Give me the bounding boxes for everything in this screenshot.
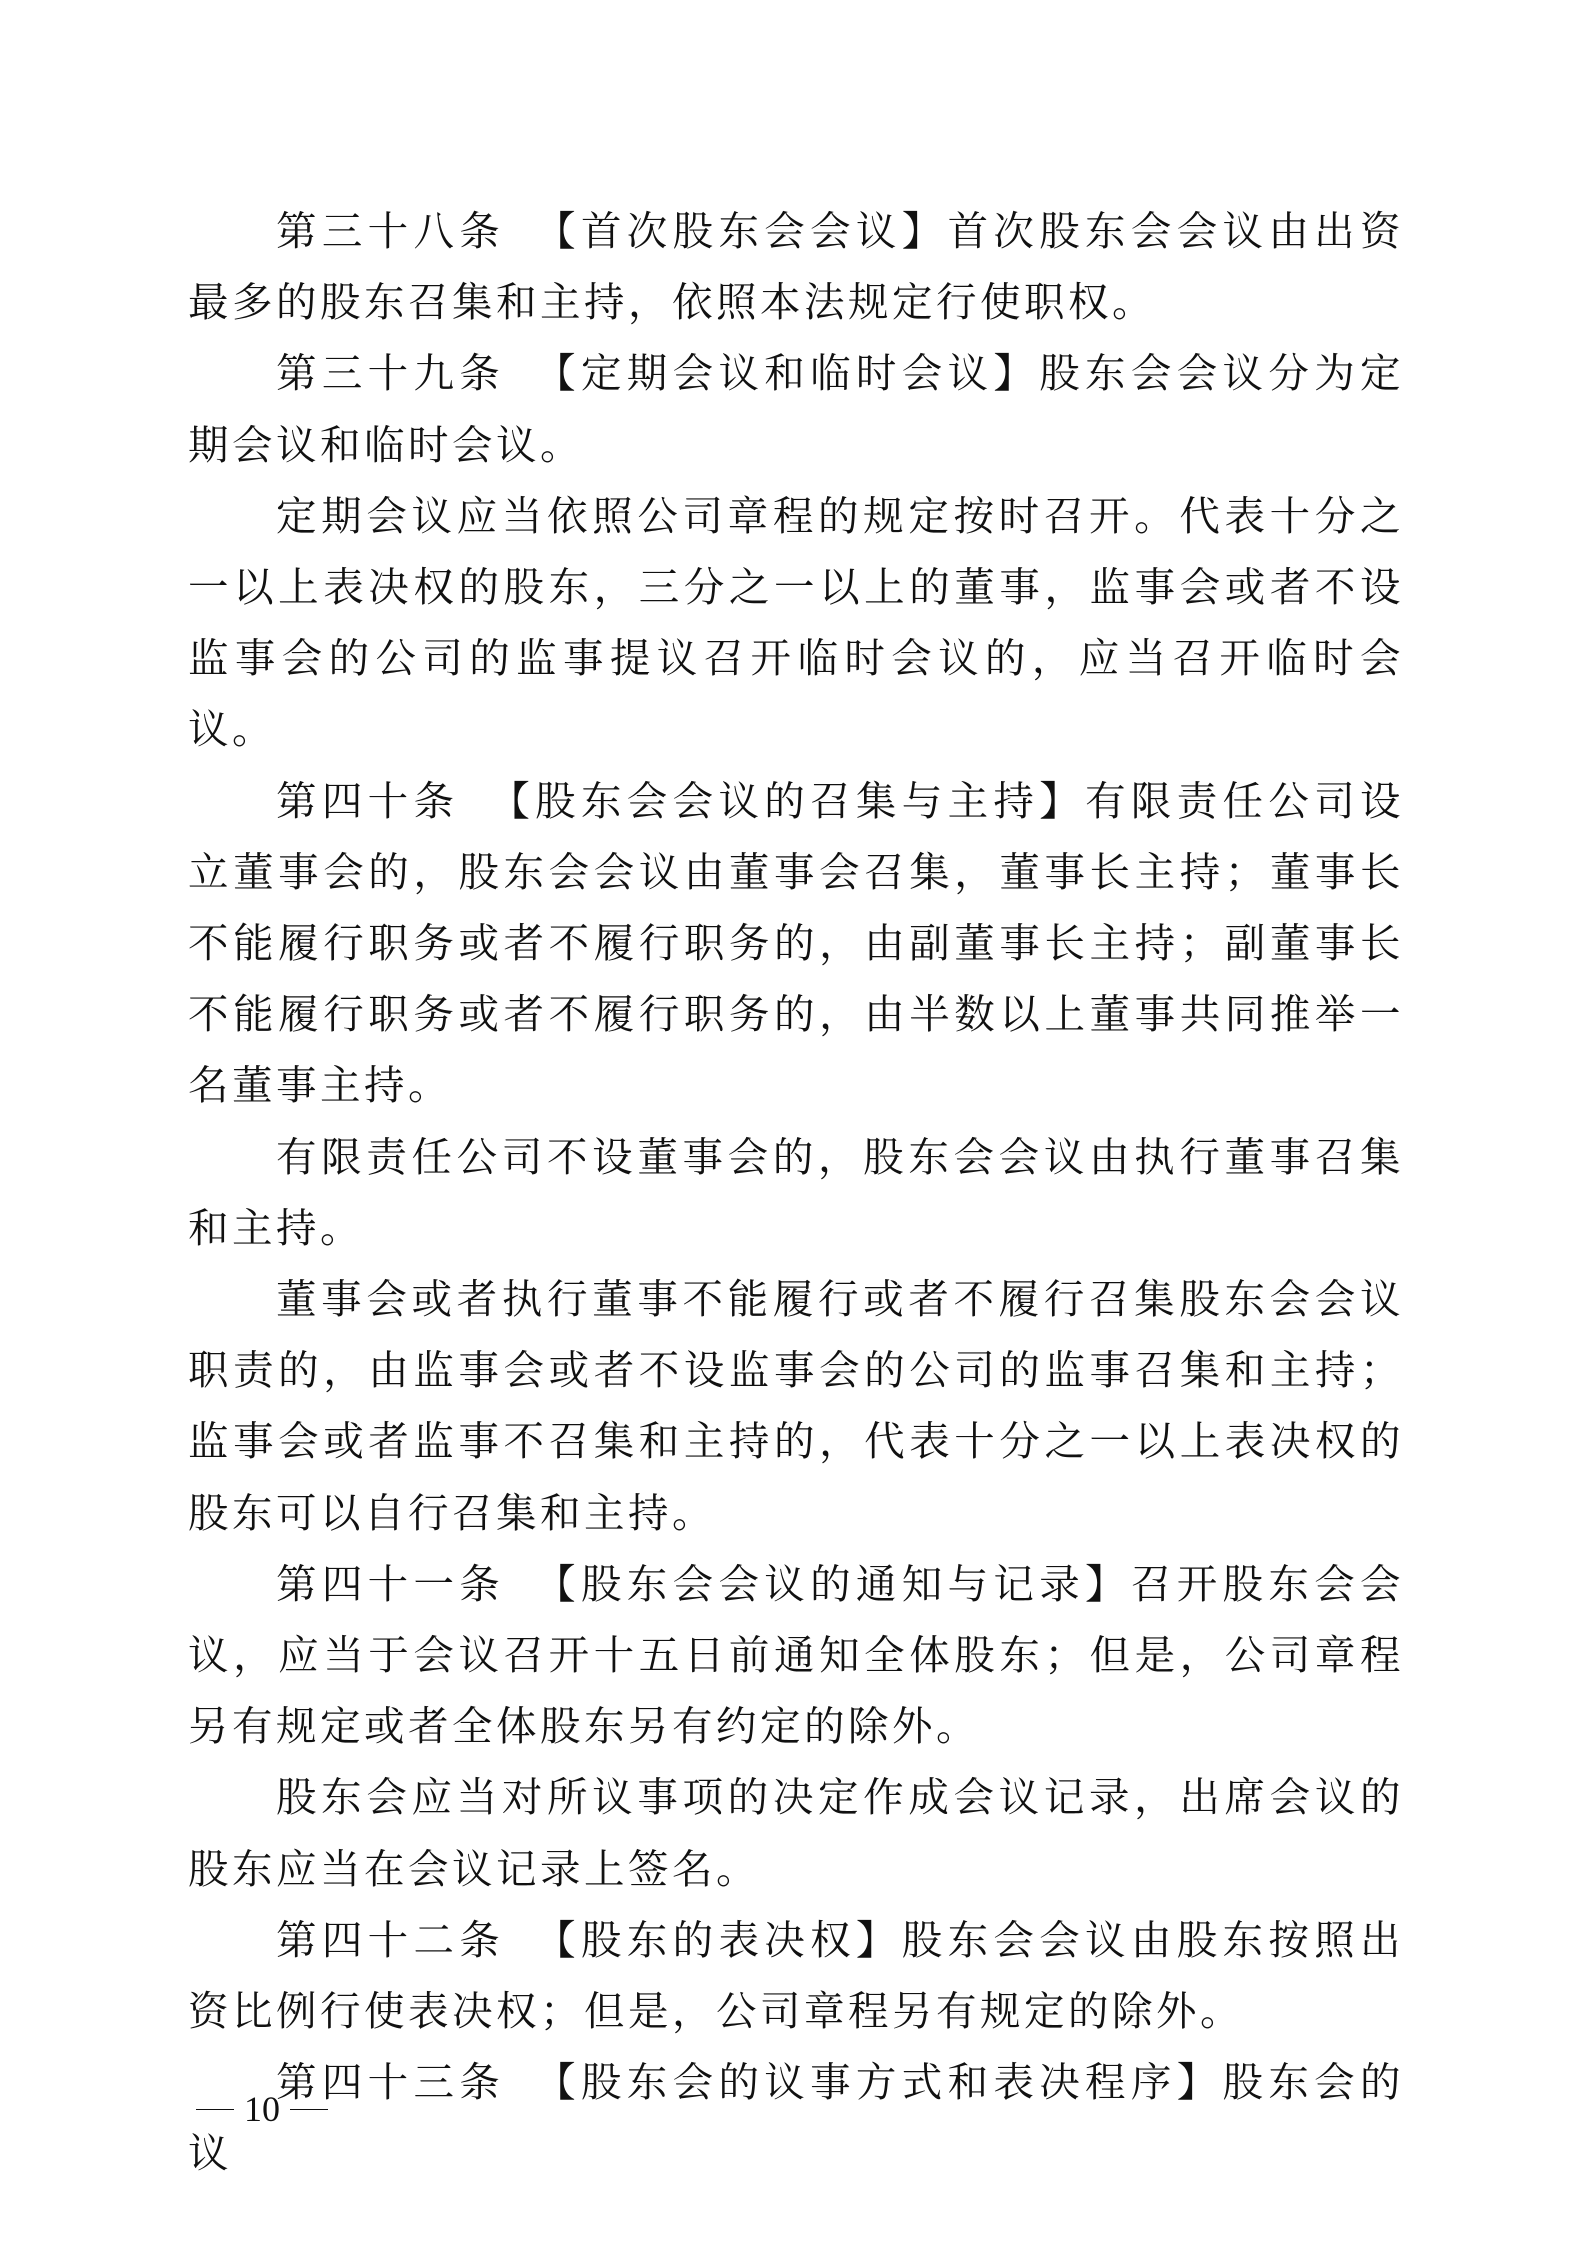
paragraph-article-40: 第四十条【股东会会议的召集与主持】有限责任公司设立董事会的，股东会会议由董事会召… <box>188 766 1404 1122</box>
paragraph-article-41: 第四十一条【股东会会议的通知与记录】召开股东会会议，应当于会议召开十五日前通知全… <box>188 1549 1404 1763</box>
paragraph-text: 有限责任公司不设董事会的，股东会会议由执行董事召集和主持。 <box>188 1133 1404 1252</box>
page-footer: 10 <box>186 2088 338 2130</box>
article-number: 第三十九条 <box>276 349 505 397</box>
article-number: 第四十二条 <box>276 1916 505 1964</box>
paragraph-text: 董事会或者执行董事不能履行或者不履行召集股东会会议职责的，由监事会或者不设监事会… <box>188 1275 1404 1537</box>
dash-right-decoration <box>290 2109 328 2110</box>
paragraph-article-43: 第四十三条【股东会的议事方式和表决程序】股东会的议 <box>188 2047 1404 2189</box>
paragraph-article-40-clause-2: 有限责任公司不设董事会的，股东会会议由执行董事召集和主持。 <box>188 1122 1404 1264</box>
article-title: 【股东的表决权】 <box>535 1916 902 1964</box>
paragraph-article-39-clause-2: 定期会议应当依照公司章程的规定按时召开。代表十分之一以上表决权的股东，三分之一以… <box>188 481 1404 766</box>
article-title: 【首次股东会会议】 <box>535 207 947 255</box>
paragraph-article-39: 第三十九条【定期会议和临时会议】股东会会议分为定期会议和临时会议。 <box>188 338 1404 480</box>
article-title: 【定期会议和临时会议】 <box>535 349 1039 397</box>
article-title: 【股东会会议的召集与主持】 <box>489 777 1085 825</box>
article-text: 有限责任公司设立董事会的，股东会会议由董事会召集，董事长主持；董事长不能履行职务… <box>188 777 1404 1110</box>
article-number: 第三十八条 <box>276 207 505 255</box>
paragraph-article-38: 第三十八条【首次股东会会议】首次股东会会议由出资最多的股东召集和主持，依照本法规… <box>188 196 1404 338</box>
paragraph-article-42: 第四十二条【股东的表决权】股东会会议由股东按照出资比例行使表决权；但是，公司章程… <box>188 1905 1404 2047</box>
paragraph-text: 定期会议应当依照公司章程的规定按时召开。代表十分之一以上表决权的股东，三分之一以… <box>188 492 1404 754</box>
paragraph-article-41-clause-2: 股东会应当对所议事项的决定作成会议记录，出席会议的股东应当在会议记录上签名。 <box>188 1762 1404 1904</box>
page-number: 10 <box>244 2088 280 2130</box>
article-number: 第四十一条 <box>276 1560 505 1608</box>
article-number: 第四十条 <box>276 777 459 825</box>
dash-left-decoration <box>196 2109 234 2110</box>
paragraph-article-40-clause-3: 董事会或者执行董事不能履行或者不履行召集股东会会议职责的，由监事会或者不设监事会… <box>188 1264 1404 1549</box>
paragraph-text: 股东会应当对所议事项的决定作成会议记录，出席会议的股东应当在会议记录上签名。 <box>188 1773 1404 1892</box>
document-body: 第三十八条【首次股东会会议】首次股东会会议由出资最多的股东召集和主持，依照本法规… <box>188 196 1404 2190</box>
article-title: 【股东会的议事方式和表决程序】 <box>535 2058 1222 2106</box>
article-title: 【股东会会议的通知与记录】 <box>535 1560 1131 1608</box>
